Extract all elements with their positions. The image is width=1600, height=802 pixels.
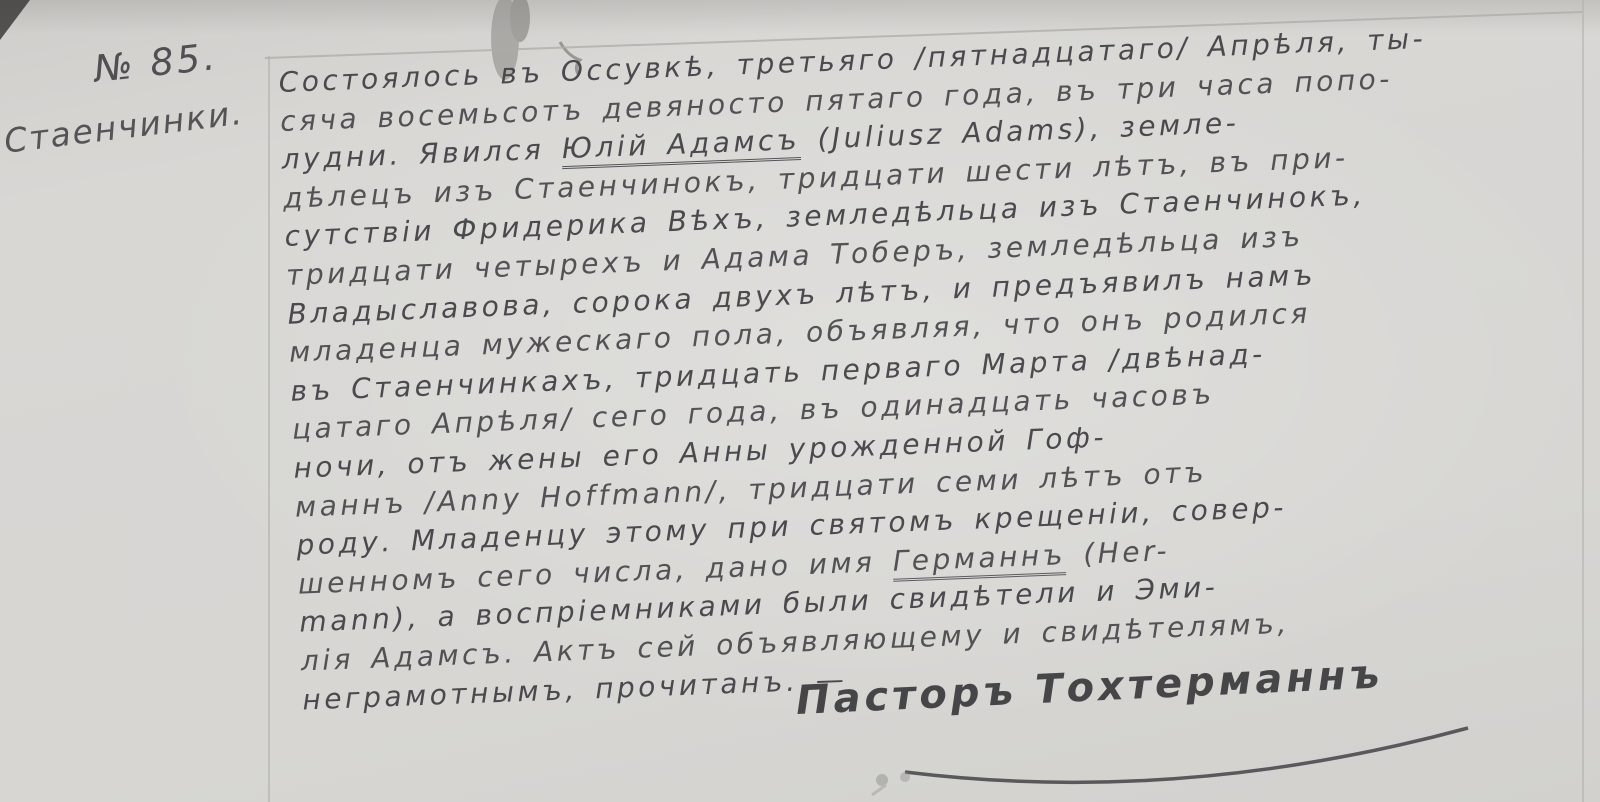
signature-flourish — [905, 728, 1468, 782]
record-text-block: Состоялось въ Оссувкѣ, третьяго /пятнадц… — [278, 14, 1600, 720]
registry-page-scan: № 85. Стаенчинки. Состоялось въ Оссувкѣ,… — [0, 0, 1600, 802]
bottom-smudge-marks — [872, 772, 910, 795]
scan-corner-mark — [0, 0, 30, 40]
